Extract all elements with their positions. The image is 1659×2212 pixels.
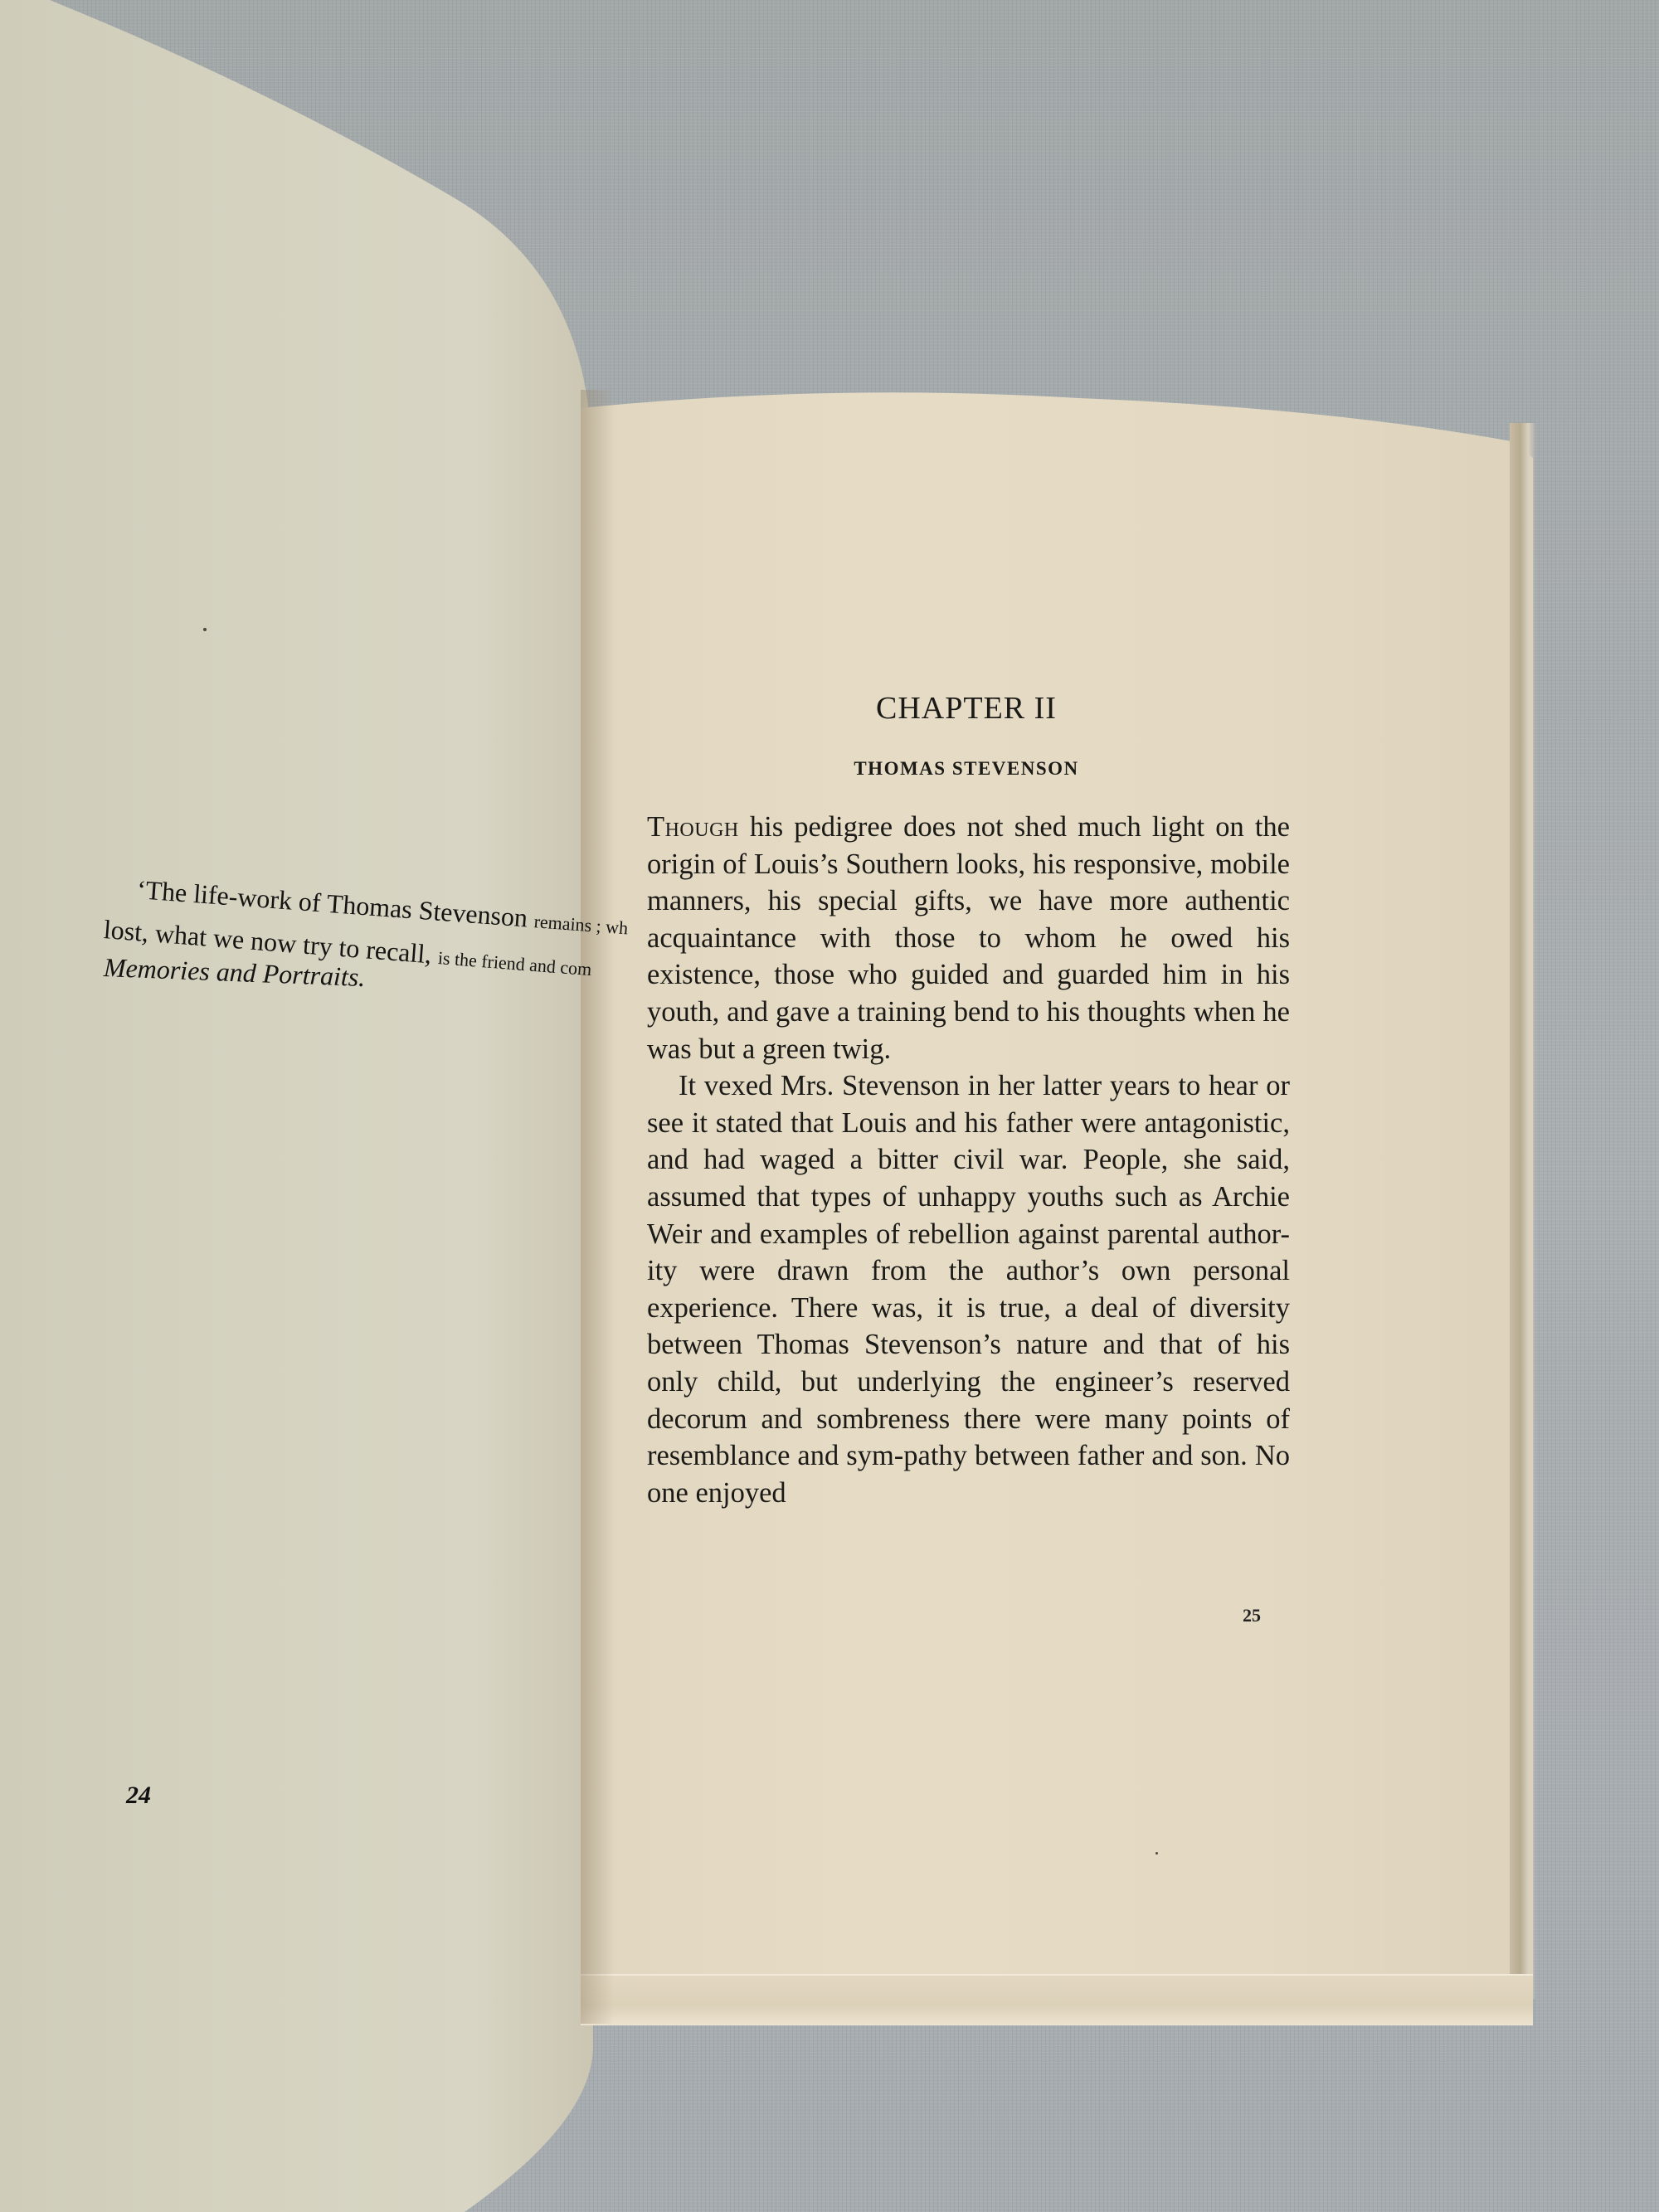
epigraph-quote: ‘The life-work of Thomas Stevenson remai…	[104, 873, 601, 984]
page-number-right: 25	[1243, 1605, 1261, 1626]
paragraph-2: It vexed Mrs. Stevenson in her latter ye…	[647, 1067, 1290, 1511]
paragraph-1: Though his pedigree does not shed much l…	[647, 809, 1290, 1067]
paragraph-lead: Though	[647, 811, 739, 843]
page-number-left: 24	[126, 1782, 151, 1810]
paper-speck	[203, 628, 207, 631]
page-fore-edge	[1510, 423, 1536, 1999]
page-bottom-edge	[581, 1974, 1533, 2025]
chapter-title: CHAPTER II	[829, 690, 1103, 727]
paper-speck	[1155, 1852, 1158, 1855]
gutter-shadow	[581, 390, 614, 2024]
chapter-subtitle: THOMAS STEVENSON	[813, 758, 1120, 780]
left-page	[0, 0, 593, 2212]
body-text: Though his pedigree does not shed much l…	[647, 809, 1290, 1511]
